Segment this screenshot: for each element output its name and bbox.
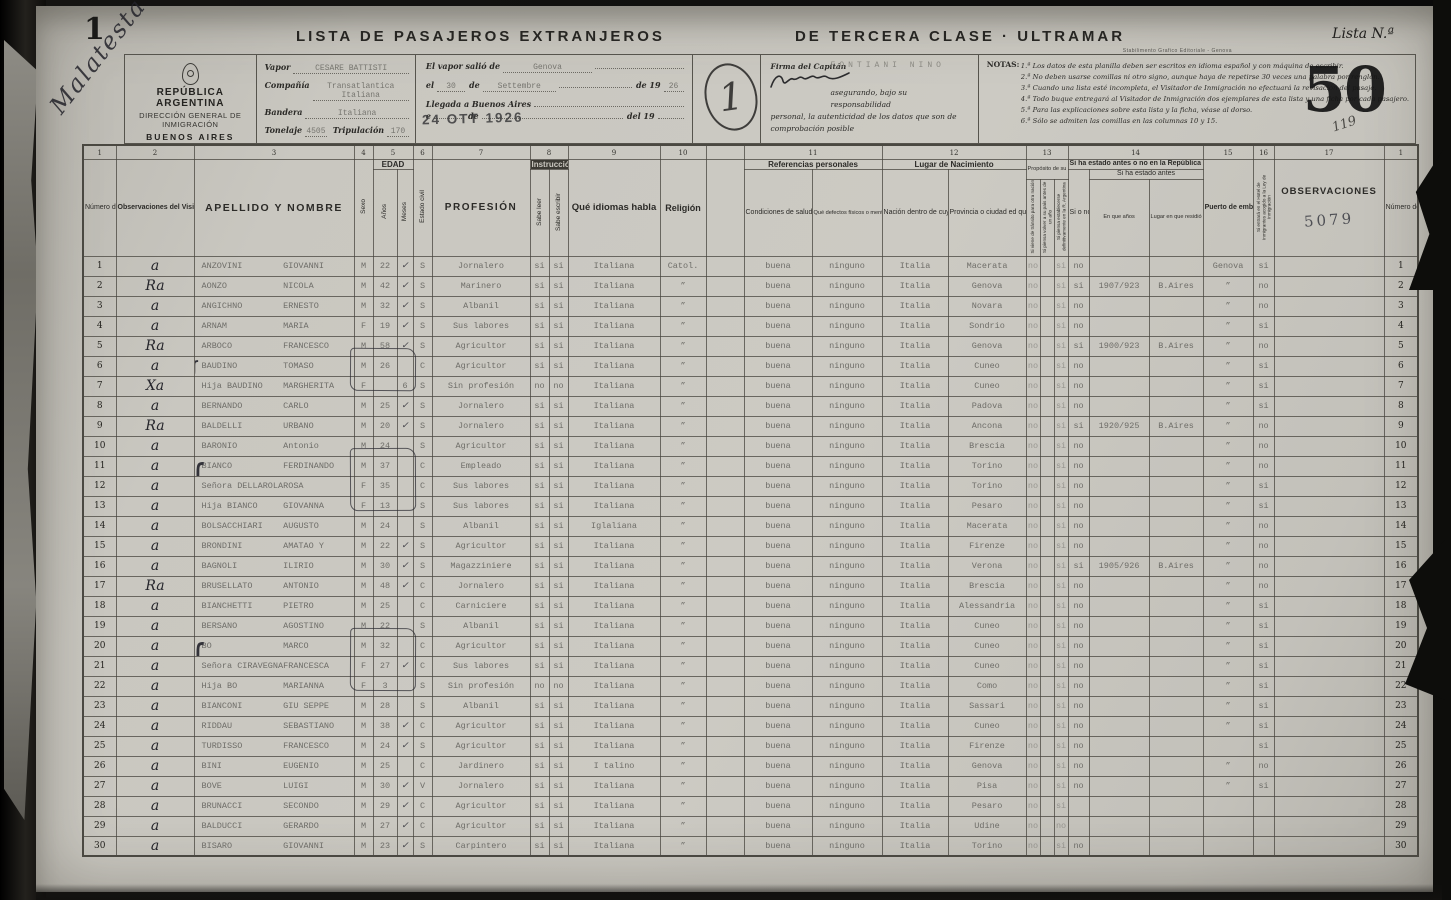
check-mark: ✓ xyxy=(401,341,409,351)
cell-defects: ninguno xyxy=(812,416,882,436)
cell-civil-status: C xyxy=(413,756,432,776)
cell-age-years: 35 xyxy=(373,476,397,496)
cell-return xyxy=(1040,456,1054,476)
cell-religion: Catol. xyxy=(660,256,706,276)
cell-province: Pesaro xyxy=(948,796,1026,816)
cell-writes: si xyxy=(549,396,568,416)
page-bottom-shadow xyxy=(36,884,1442,900)
cell-province: Macerata xyxy=(948,256,1026,276)
cell-order-number-right: 18 xyxy=(1384,596,1418,616)
cell-nation: Italia xyxy=(882,436,948,456)
cell-civil-status: S xyxy=(413,496,432,516)
cell-nation: Italia xyxy=(882,616,948,636)
check-mark: ✓ xyxy=(401,541,409,551)
check-mark: ✓ xyxy=(401,841,409,851)
header-band: REPÚBLICA ARGENTINA DIRECCIÓN GENERAL DE… xyxy=(124,54,1416,144)
cell-province: Brescia xyxy=(948,436,1026,456)
cell-visitor-mark: a xyxy=(116,676,194,696)
col-lugar-residio: Lugar en que residió xyxy=(1149,179,1203,256)
check-mark: ✓ xyxy=(401,821,409,831)
cell-sex: M xyxy=(354,756,373,776)
passenger-row: 5RaARBOCOFRANCESCOM58✓SAgricultorsisiIta… xyxy=(83,336,1418,356)
cell-profession: Albanil xyxy=(432,616,530,636)
passenger-row: 22aHija BOMARIANNAF3SSin profesiónnonoIt… xyxy=(83,676,1418,696)
cell-embark-port: ” xyxy=(1203,296,1253,316)
cell-years-before: 1905/926 xyxy=(1089,556,1149,576)
cell-reads: si xyxy=(530,796,549,816)
cell-profession: Jornalero xyxy=(432,576,530,596)
cell-settle: si xyxy=(1054,376,1068,396)
check-mark: ✓ xyxy=(401,781,409,791)
cell-been-before: no xyxy=(1068,496,1089,516)
cell-civil-status: S xyxy=(413,296,432,316)
cell-name: {BIANCOFERDINANDO xyxy=(194,456,354,476)
cell-been-before: no xyxy=(1068,836,1089,856)
cell-religion: ” xyxy=(660,296,706,316)
cell-been-before: si xyxy=(1068,556,1089,576)
cell-observations xyxy=(1274,836,1384,856)
cell-writes: si xyxy=(549,596,568,616)
cell-order-number: 4 xyxy=(83,316,116,336)
cell-reads: si xyxy=(530,656,549,676)
cell-embark-port: ” xyxy=(1203,536,1253,556)
cell-return xyxy=(1040,376,1054,396)
cell-province: Sondrio xyxy=(948,316,1026,336)
cell-age-months: ✓ xyxy=(397,556,413,576)
cell-been-before: no xyxy=(1068,776,1089,796)
passenger-row: 26aBINIEUGENIOM25CJardinerosisiI talino”… xyxy=(83,756,1418,776)
cell-sex: M xyxy=(354,536,373,556)
cell-name: ARNAMMARIA xyxy=(194,316,354,336)
cell-civil-status: S xyxy=(413,396,432,416)
cell-transit: no xyxy=(1026,376,1040,396)
cell-profession: Agricultor xyxy=(432,636,530,656)
cell-nation: Italia xyxy=(882,456,948,476)
cell-place-resided xyxy=(1149,716,1203,736)
cell-reads: si xyxy=(530,716,549,736)
cell-visitor-mark: Ra xyxy=(116,276,194,296)
cell-sex: M xyxy=(354,616,373,636)
cell-reads: no xyxy=(530,676,549,696)
cell-place-resided xyxy=(1149,736,1203,756)
cell-years-before xyxy=(1089,576,1149,596)
cell-civil-status: S xyxy=(413,556,432,576)
cell-civil-status: V xyxy=(413,776,432,796)
cell-age-months xyxy=(397,436,413,456)
cell-religion: ” xyxy=(660,636,706,656)
cell-province: Sassari xyxy=(948,696,1026,716)
cell-hotel: si xyxy=(1253,356,1274,376)
cell-order-number: 18 xyxy=(83,596,116,616)
col-profesion: PROFESIÓN xyxy=(432,160,530,257)
cell-visitor-mark: a xyxy=(116,496,194,516)
cell-nation: Italia xyxy=(882,256,948,276)
cell-nation: Italia xyxy=(882,416,948,436)
cell-order-number: 5 xyxy=(83,336,116,356)
cell-writes: si xyxy=(549,776,568,796)
cell-place-resided: B.Aires xyxy=(1149,336,1203,356)
cell-spacer xyxy=(706,316,744,336)
cell-profession: Carniciere xyxy=(432,596,530,616)
cell-nation: Italia xyxy=(882,796,948,816)
title-left: LISTA DE PASAJEROS EXTRANJEROS xyxy=(296,28,665,45)
col-religion: Religión xyxy=(660,160,706,257)
cell-place-resided xyxy=(1149,596,1203,616)
col-referencias: Referencias personales xyxy=(744,160,882,170)
cell-hotel: si xyxy=(1253,656,1274,676)
cell-writes: si xyxy=(549,796,568,816)
cell-years-before: 1900/923 xyxy=(1089,336,1149,356)
cell-transit: no xyxy=(1026,536,1040,556)
cell-sex: M xyxy=(354,736,373,756)
scanned-page: 1 Malatesta LISTA DE PASAJEROS EXTRANJER… xyxy=(0,0,1451,900)
cell-embark-port: Genova xyxy=(1203,256,1253,276)
cell-name: BRUSELLATOANTONIO xyxy=(194,576,354,596)
cell-religion: ” xyxy=(660,396,706,416)
cell-civil-status: S xyxy=(413,376,432,396)
cell-profession: Carpintero xyxy=(432,836,530,856)
cell-age-years: 27 xyxy=(373,656,397,676)
col-puerto: Puerto de embarco del pasajero xyxy=(1203,160,1253,257)
col-sabe-escribir: Sabe escribir xyxy=(549,170,568,257)
cell-civil-status: S xyxy=(413,836,432,856)
cell-visitor-mark: a xyxy=(116,296,194,316)
cell-spacer xyxy=(706,696,744,716)
passenger-row: 18aBIANCHETTIPIETROM25CCarnicieresisiIta… xyxy=(83,596,1418,616)
cell-province: Firenze xyxy=(948,736,1026,756)
cell-place-resided xyxy=(1149,796,1203,816)
cell-language: Italiana xyxy=(568,796,660,816)
cell-writes: si xyxy=(549,276,568,296)
voyage-details: El vapor salió deGenova el30 deSettembre… xyxy=(416,55,693,143)
cell-years-before xyxy=(1089,316,1149,336)
cell-nation: Italia xyxy=(882,556,948,576)
cell-province: Firenze xyxy=(948,536,1026,556)
cell-defects: ninguno xyxy=(812,736,882,756)
cell-hotel: no xyxy=(1253,516,1274,536)
cell-settle: si xyxy=(1054,276,1068,296)
passenger-row: 7XaHija BAUDINOMARGHERITAF6SSin profesió… xyxy=(83,376,1418,396)
cell-reads: si xyxy=(530,836,549,856)
cell-reads: si xyxy=(530,496,549,516)
cell-language: Italiana xyxy=(568,616,660,636)
cell-hotel: si xyxy=(1253,636,1274,656)
cell-age-months xyxy=(397,696,413,716)
cell-defects: ninguno xyxy=(812,356,882,376)
tripulacion-label: Tripulación xyxy=(333,125,384,135)
cell-order-number-right: 15 xyxy=(1384,536,1418,556)
cell-spacer xyxy=(706,476,744,496)
cell-province: Como xyxy=(948,676,1026,696)
cell-profession: Agricultor xyxy=(432,796,530,816)
cell-health: buena xyxy=(744,276,812,296)
cell-health: buena xyxy=(744,396,812,416)
cell-order-number-right: 27 xyxy=(1384,776,1418,796)
col-sexo: Sexo xyxy=(354,160,373,257)
cell-visitor-mark: Ra xyxy=(116,576,194,596)
cell-visitor-mark: a xyxy=(116,756,194,776)
cell-writes: si xyxy=(549,576,568,596)
cell-visitor-mark: a xyxy=(116,356,194,376)
cell-spacer xyxy=(706,436,744,456)
cell-writes: no xyxy=(549,676,568,696)
cell-years-before xyxy=(1089,476,1149,496)
cell-place-resided xyxy=(1149,696,1203,716)
cell-settle: si xyxy=(1054,556,1068,576)
cell-transit: no xyxy=(1026,396,1040,416)
stamp-50: 50 xyxy=(1303,53,1385,126)
cell-profession: Jornalero xyxy=(432,416,530,436)
cell-sex: M xyxy=(354,796,373,816)
cell-return xyxy=(1040,716,1054,736)
de19-label: de 19 xyxy=(636,80,661,90)
cell-health: buena xyxy=(744,796,812,816)
cell-profession: Jornalero xyxy=(432,256,530,276)
cell-health: buena xyxy=(744,716,812,736)
cell-transit: no xyxy=(1026,776,1040,796)
cell-age-months: ✓ xyxy=(397,816,413,836)
cell-transit: no xyxy=(1026,716,1040,736)
check-mark: ✓ xyxy=(401,401,409,411)
cell-profession: Sus labores xyxy=(432,656,530,676)
cell-defects: ninguno xyxy=(812,456,882,476)
cell-hotel: no xyxy=(1253,436,1274,456)
cell-age-months: ✓ xyxy=(397,336,413,356)
cell-order-number-right: 1 xyxy=(1384,256,1418,276)
cell-religion: ” xyxy=(660,776,706,796)
cell-settle: si xyxy=(1054,456,1068,476)
cell-settle: si xyxy=(1054,796,1068,816)
col-establecerse: Si piensa establecerse definitivamente e… xyxy=(1054,179,1068,256)
col-sabe-leer: Sabe leer xyxy=(530,170,549,257)
col-si-o-no: Si o no xyxy=(1068,170,1089,257)
cell-language: Italiana xyxy=(568,576,660,596)
el-label: el xyxy=(426,80,434,90)
cell-visitor-mark: a xyxy=(116,656,194,676)
cell-writes: si xyxy=(549,656,568,676)
cell-order-number: 7 xyxy=(83,376,116,396)
cell-age-years: 23 xyxy=(373,836,397,856)
cell-reads: si xyxy=(530,636,549,656)
cell-reads: si xyxy=(530,596,549,616)
cell-province: Torino xyxy=(948,836,1026,856)
check-mark: ✓ xyxy=(401,581,409,591)
cell-order-number: 21 xyxy=(83,656,116,676)
cell-language: Italiana xyxy=(568,776,660,796)
cell-observations xyxy=(1274,576,1384,596)
passenger-row: 28aBRUNACCISECONDOM29✓CAgricultorsisiIta… xyxy=(83,796,1418,816)
cell-age-years xyxy=(373,376,397,396)
cell-order-number: 10 xyxy=(83,436,116,456)
cell-age-months xyxy=(397,496,413,516)
cell-name: ARBOCOFRANCESCO xyxy=(194,336,354,356)
cell-place-resided xyxy=(1149,396,1203,416)
cell-return xyxy=(1040,836,1054,856)
compania-value: Transatlantica Italiana xyxy=(313,82,409,101)
cell-transit: no xyxy=(1026,476,1040,496)
cell-years-before xyxy=(1089,636,1149,656)
cell-years-before xyxy=(1089,816,1149,836)
cell-return xyxy=(1040,636,1054,656)
cell-settle: si xyxy=(1054,756,1068,776)
cell-embark-port: ” xyxy=(1203,596,1253,616)
check-mark: ✓ xyxy=(401,721,409,731)
cell-nation: Italia xyxy=(882,596,948,616)
cell-name: AONZONICOLA xyxy=(194,276,354,296)
cell-age-years: 30 xyxy=(373,556,397,576)
cell-sex: M xyxy=(354,436,373,456)
cell-sex: M xyxy=(354,596,373,616)
cell-observations xyxy=(1274,376,1384,396)
cell-nation: Italia xyxy=(882,736,948,756)
cell-spacer xyxy=(706,616,744,636)
cell-transit: no xyxy=(1026,836,1040,856)
passenger-row: 4aARNAMMARIAF19✓SSus laboressisiItaliana… xyxy=(83,316,1418,336)
cell-been-before: no xyxy=(1068,356,1089,376)
cell-reads: si xyxy=(530,536,549,556)
cell-place-resided xyxy=(1149,516,1203,536)
cell-spacer xyxy=(706,496,744,516)
cell-age-months xyxy=(397,616,413,636)
cell-embark-port: ” xyxy=(1203,676,1253,696)
cell-settle: si xyxy=(1054,696,1068,716)
cell-health: buena xyxy=(744,776,812,796)
cell-observations xyxy=(1274,556,1384,576)
passenger-row: 6a{BAUDINOTOMASOM26CAgricultorsisiItalia… xyxy=(83,356,1418,376)
cell-embark-port xyxy=(1203,816,1253,836)
cell-sex: M xyxy=(354,416,373,436)
cell-sex: M xyxy=(354,396,373,416)
cell-nation: Italia xyxy=(882,336,948,356)
passenger-row: 10aBARONIOAntonioM24SAgricultorsisiItali… xyxy=(83,436,1418,456)
col-apellido-nombre: APELLIDO Y NOMBRE xyxy=(194,160,354,257)
hand-family-brace: { xyxy=(194,638,207,657)
cell-settle: si xyxy=(1054,496,1068,516)
cell-settle: si xyxy=(1054,576,1068,596)
cell-health: buena xyxy=(744,516,812,536)
tonelaje-value: 4505 xyxy=(305,127,327,137)
cell-religion: ” xyxy=(660,656,706,676)
cell-years-before xyxy=(1089,716,1149,736)
cell-spacer xyxy=(706,296,744,316)
cell-age-months: ✓ xyxy=(397,536,413,556)
cell-years-before: 1920/925 xyxy=(1089,416,1149,436)
cell-religion: ” xyxy=(660,736,706,756)
cell-profession: Agricultor xyxy=(432,716,530,736)
cell-sex: M xyxy=(354,816,373,836)
passenger-row: 12aSeñora DELLAROLAROSAF35CSus laboressi… xyxy=(83,476,1418,496)
cell-embark-port xyxy=(1203,736,1253,756)
cell-visitor-mark: a xyxy=(116,556,194,576)
cell-language: Italiana xyxy=(568,396,660,416)
cell-name: BALDUCCIGERARDO xyxy=(194,816,354,836)
cell-place-resided: B.Aires xyxy=(1149,556,1203,576)
cell-age-years: 38 xyxy=(373,716,397,736)
masthead: LISTA DE PASAJEROS EXTRANJEROS DE TERCER… xyxy=(126,28,1382,45)
captain-block: Firma del Capitán FONTIANI NINO aseguran… xyxy=(761,55,979,143)
cell-defects: ninguno xyxy=(812,396,882,416)
cell-reads: si xyxy=(530,736,549,756)
cell-religion: ” xyxy=(660,616,706,636)
check-mark: ✓ xyxy=(401,801,409,811)
bandera-value: Italiana xyxy=(305,109,408,119)
cell-writes: si xyxy=(549,296,568,316)
cell-transit: no xyxy=(1026,496,1040,516)
cell-civil-status: S xyxy=(413,336,432,356)
cell-reads: si xyxy=(530,276,549,296)
cell-settle: si xyxy=(1054,836,1068,856)
cell-been-before: no xyxy=(1068,456,1089,476)
cell-nation: Italia xyxy=(882,576,948,596)
cell-settle: si xyxy=(1054,256,1068,276)
cell-defects: ninguno xyxy=(812,756,882,776)
cell-province: Alessandria xyxy=(948,596,1026,616)
cell-defects: ninguno xyxy=(812,596,882,616)
cell-visitor-mark: a xyxy=(116,636,194,656)
cell-reads: si xyxy=(530,456,549,476)
cell-transit: no xyxy=(1026,796,1040,816)
cell-age-years: 25 xyxy=(373,396,397,416)
cell-age-years: 24 xyxy=(373,736,397,756)
cell-embark-port: ” xyxy=(1203,356,1253,376)
cell-language: Italiana xyxy=(568,456,660,476)
cell-civil-status: C xyxy=(413,636,432,656)
cell-health: buena xyxy=(744,536,812,556)
argentina-crest-icon xyxy=(182,63,199,85)
cell-religion: ” xyxy=(660,696,706,716)
cell-observations xyxy=(1274,536,1384,556)
cell-defects: ninguno xyxy=(812,716,882,736)
cell-defects: ninguno xyxy=(812,256,882,276)
cell-order-number-right: 20 xyxy=(1384,636,1418,656)
cell-transit: no xyxy=(1026,756,1040,776)
cell-name: RIDDAUSEBASTIANO xyxy=(194,716,354,736)
passenger-row: 16aBAGNOLIILIRIOM30✓SMagazzinieresisiIta… xyxy=(83,556,1418,576)
check-mark: ✓ xyxy=(401,561,409,571)
cell-transit: no xyxy=(1026,736,1040,756)
cell-years-before xyxy=(1089,796,1149,816)
cell-order-number-right: 29 xyxy=(1384,816,1418,836)
cell-settle: si xyxy=(1054,316,1068,336)
cell-religion: ” xyxy=(660,836,706,856)
cell-return xyxy=(1040,696,1054,716)
cell-embark-port: ” xyxy=(1203,276,1253,296)
cell-reads: si xyxy=(530,296,549,316)
cell-nation: Italia xyxy=(882,296,948,316)
cell-profession: Jornalero xyxy=(432,776,530,796)
org-city: BUENOS AIRES xyxy=(125,132,256,142)
cell-been-before: no xyxy=(1068,296,1089,316)
cell-embark-port xyxy=(1203,836,1253,856)
cell-language: Italiana xyxy=(568,276,660,296)
cell-religion: ” xyxy=(660,436,706,456)
notas-block: NOTAS: 1.ª Los datos de esta planilla de… xyxy=(979,55,1415,143)
cell-order-number: 28 xyxy=(83,796,116,816)
cell-years-before xyxy=(1089,296,1149,316)
cell-health: buena xyxy=(744,656,812,676)
cell-hotel: si xyxy=(1253,676,1274,696)
cell-spacer xyxy=(706,716,744,736)
cell-settle: si xyxy=(1054,716,1068,736)
cell-language: Italiana xyxy=(568,496,660,516)
ship-details: VaporCESARE BATTISTI CompañíaTransatlant… xyxy=(257,55,416,143)
cell-reads: si xyxy=(530,576,549,596)
cell-province: Ancona xyxy=(948,416,1026,436)
cell-civil-status: C xyxy=(413,576,432,596)
cell-return xyxy=(1040,436,1054,456)
cell-place-resided xyxy=(1149,436,1203,456)
cell-visitor-mark: a xyxy=(116,616,194,636)
